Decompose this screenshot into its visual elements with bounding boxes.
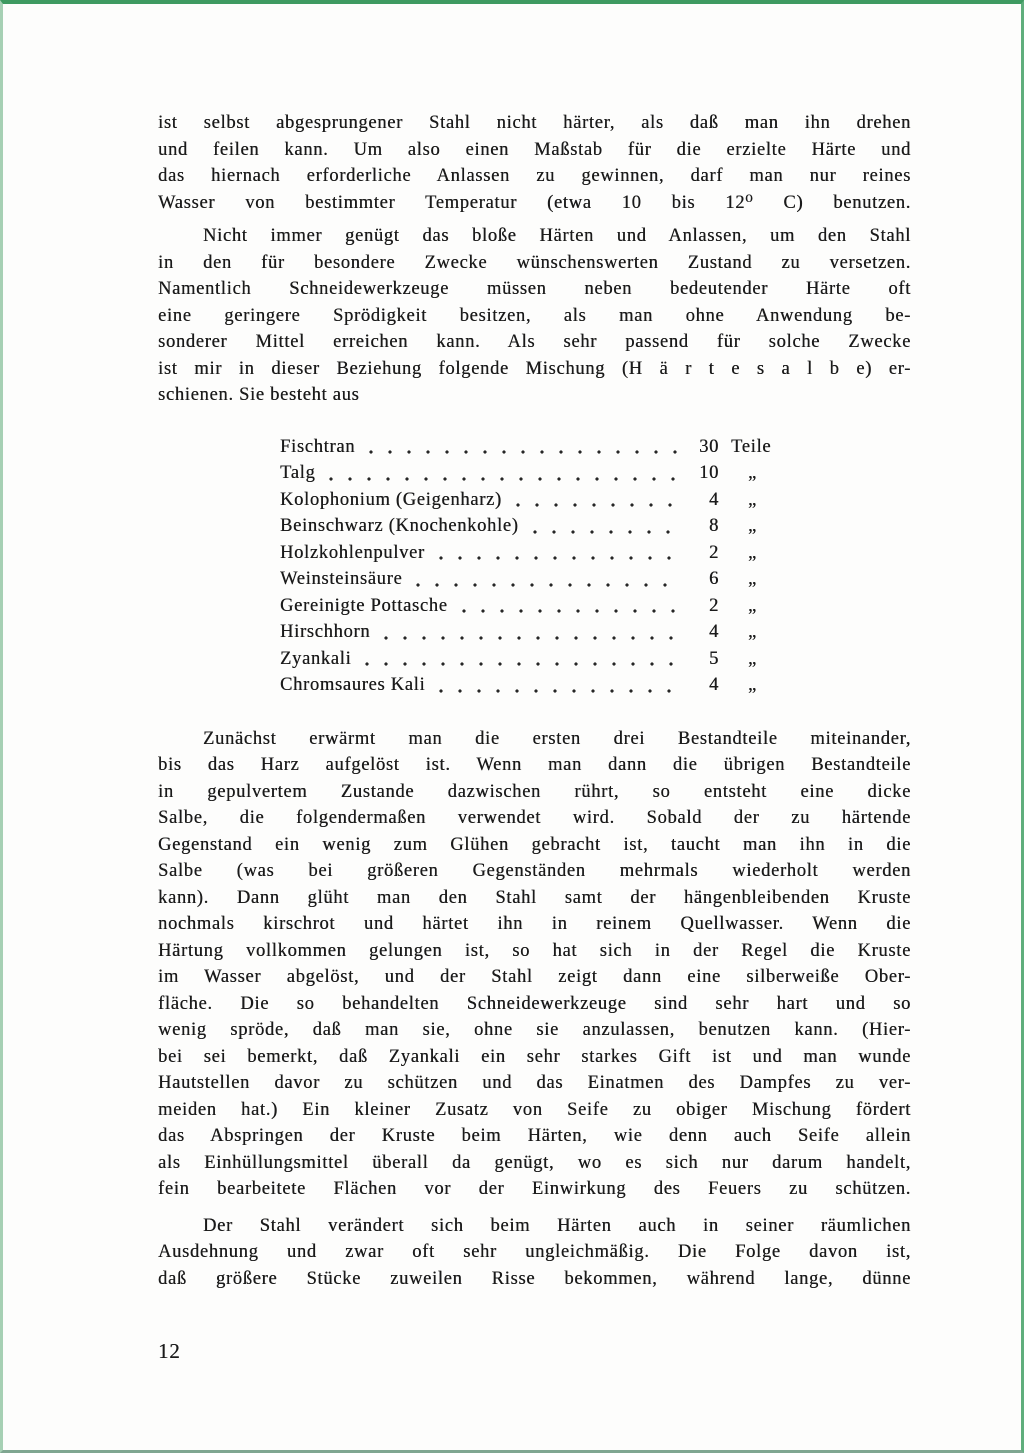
ditto-mark: „	[731, 566, 795, 593]
text-line: Nicht immer genügt das bloße Härten und …	[158, 223, 911, 250]
text-line: fein bearbeitete Flächen vor der Einwirk…	[158, 1176, 911, 1203]
dot-leader	[416, 582, 677, 588]
text-line: Ausdehnung und zwar oft sehr ungleichmäß…	[158, 1239, 911, 1266]
dot-leader	[439, 555, 677, 561]
ingredient-amount: 10	[683, 460, 719, 487]
text-line: Gegenstand ein wenig zum Glühen gebracht…	[158, 832, 911, 859]
text-line: Der Stahl verändert sich beim Härten auc…	[158, 1213, 911, 1240]
book-page: ist selbst abgesprungener Stahl nicht hä…	[0, 0, 1024, 1453]
ingredient-row: Hirschhorn4„	[280, 619, 795, 646]
ingredient-name: Gereinigte Pottasche	[280, 593, 448, 620]
text-line: Wasser von bestimmter Temperatur (etwa 1…	[158, 190, 911, 217]
ingredient-name: Weinsteinsäure	[280, 566, 402, 593]
text-line: das hiernach erforderliche Anlassen zu g…	[158, 163, 911, 190]
ingredient-unit: Teile	[731, 434, 795, 461]
ditto-mark: „	[731, 593, 795, 620]
ingredient-name: Kolophonium (Geigenharz)	[280, 487, 502, 514]
ingredient-name: Fischtran	[280, 434, 355, 461]
ingredient-amount: 5	[683, 646, 719, 673]
ingredient-amount: 4	[683, 619, 719, 646]
ingredient-row: Talg10„	[280, 460, 795, 487]
text-line: meiden hat.) Ein kleiner Zusatz von Seif…	[158, 1097, 911, 1124]
text-line: Salbe (was bei größeren Gegenständen meh…	[158, 858, 911, 885]
text-line: eine geringere Sprödigkeit besitzen, als…	[158, 303, 911, 330]
paragraph-continuation: ist selbst abgesprungener Stahl nicht hä…	[158, 110, 911, 216]
text-block: ist selbst abgesprungener Stahl nicht hä…	[158, 110, 911, 1365]
dot-leader	[384, 635, 677, 641]
ingredient-amount: 6	[683, 566, 719, 593]
text-line: wenig spröde, daß man sie, ohne sie anzu…	[158, 1017, 911, 1044]
ditto-mark: „	[731, 460, 795, 487]
ingredient-row: Holzkohlenpulver2„	[280, 540, 795, 567]
text-line: nochmals kirschrot und härtet ihn in rei…	[158, 911, 911, 938]
text-line: bei sei bemerkt, daß Zyankali ein sehr s…	[158, 1044, 911, 1071]
ingredient-amount: 2	[683, 593, 719, 620]
ingredient-amount: 30	[683, 434, 719, 461]
text-line: in den für besondere Zwecke wünschenswer…	[158, 250, 911, 277]
text-line: das Abspringen der Kruste beim Härten, w…	[158, 1123, 911, 1150]
paragraph-haertesalbe-intro: Nicht immer genügt das bloße Härten und …	[158, 223, 911, 409]
dot-leader	[365, 661, 677, 667]
ingredient-row: Gereinigte Pottasche2„	[280, 593, 795, 620]
ingredient-row: Kolophonium (Geigenharz)4„	[280, 487, 795, 514]
ingredient-row: Fischtran30Teile	[280, 434, 795, 461]
dot-leader	[516, 502, 677, 508]
ingredient-name: Beinschwarz (Knochenkohle)	[280, 513, 519, 540]
text-line: als Einhüllungsmittel überall da genügt,…	[158, 1150, 911, 1177]
text-line: Hautstellen davor zu schützen und das Ei…	[158, 1070, 911, 1097]
ditto-mark: „	[731, 646, 795, 673]
text-line: Zunächst erwärmt man die ersten drei Bes…	[158, 726, 911, 753]
dot-leader	[462, 608, 677, 614]
text-line: ist selbst abgesprungener Stahl nicht hä…	[158, 110, 911, 137]
text-line: Salbe, die folgendermaßen verwendet wird…	[158, 805, 911, 832]
ditto-mark: „	[731, 487, 795, 514]
ingredient-name: Hirschhorn	[280, 619, 370, 646]
dot-leader	[329, 476, 677, 482]
text-line: bis das Harz aufgelöst ist. Wenn man dan…	[158, 752, 911, 779]
dot-leader	[533, 529, 677, 535]
ingredient-amount: 4	[683, 487, 719, 514]
ingredient-row: Weinsteinsäure6„	[280, 566, 795, 593]
text-line: Namentlich Schneidewerkzeuge müssen nebe…	[158, 276, 911, 303]
text-line: sonderer Mittel erreichen kann. Als sehr…	[158, 329, 911, 356]
ingredient-amount: 8	[683, 513, 719, 540]
paragraph-instructions: Zunächst erwärmt man die ersten drei Bes…	[158, 726, 911, 1203]
text-line: kann). Dann glüht man den Stahl samt der…	[158, 885, 911, 912]
text-line: Härtung vollkommen gelungen ist, so hat …	[158, 938, 911, 965]
text-line: ist mir in dieser Beziehung folgende Mis…	[158, 356, 911, 383]
text-line: fläche. Die so behandelten Schneidewerkz…	[158, 991, 911, 1018]
text-line: im Wasser abgelöst, und der Stahl zeigt …	[158, 964, 911, 991]
ditto-mark: „	[731, 513, 795, 540]
ditto-mark: „	[731, 672, 795, 699]
ingredient-amount: 4	[683, 672, 719, 699]
ingredient-name: Holzkohlenpulver	[280, 540, 425, 567]
paragraph-expansion: Der Stahl verändert sich beim Härten auc…	[158, 1213, 911, 1293]
text-line: schienen. Sie besteht aus	[158, 382, 911, 409]
ingredient-name: Chromsaures Kali	[280, 672, 425, 699]
ingredient-amount: 2	[683, 540, 719, 567]
text-line: in gepulvertem Zustande dazwischen rührt…	[158, 779, 911, 806]
ingredient-name: Zyankali	[280, 646, 351, 673]
dot-leader	[439, 688, 677, 694]
ditto-mark: „	[731, 619, 795, 646]
ingredient-list: Fischtran30TeileTalg10„Kolophonium (Geig…	[280, 434, 795, 699]
ingredient-name: Talg	[280, 460, 315, 487]
dot-leader	[369, 449, 677, 455]
ditto-mark: „	[731, 540, 795, 567]
text-line: und feilen kann. Um also einen Maßstab f…	[158, 137, 911, 164]
text-line: daß größere Stücke zuweilen Risse bekomm…	[158, 1266, 911, 1293]
ingredient-row: Chromsaures Kali4„	[280, 672, 795, 699]
ingredient-row: Beinschwarz (Knochenkohle)8„	[280, 513, 795, 540]
page-number: 12	[158, 1338, 911, 1365]
ingredient-row: Zyankali5„	[280, 646, 795, 673]
